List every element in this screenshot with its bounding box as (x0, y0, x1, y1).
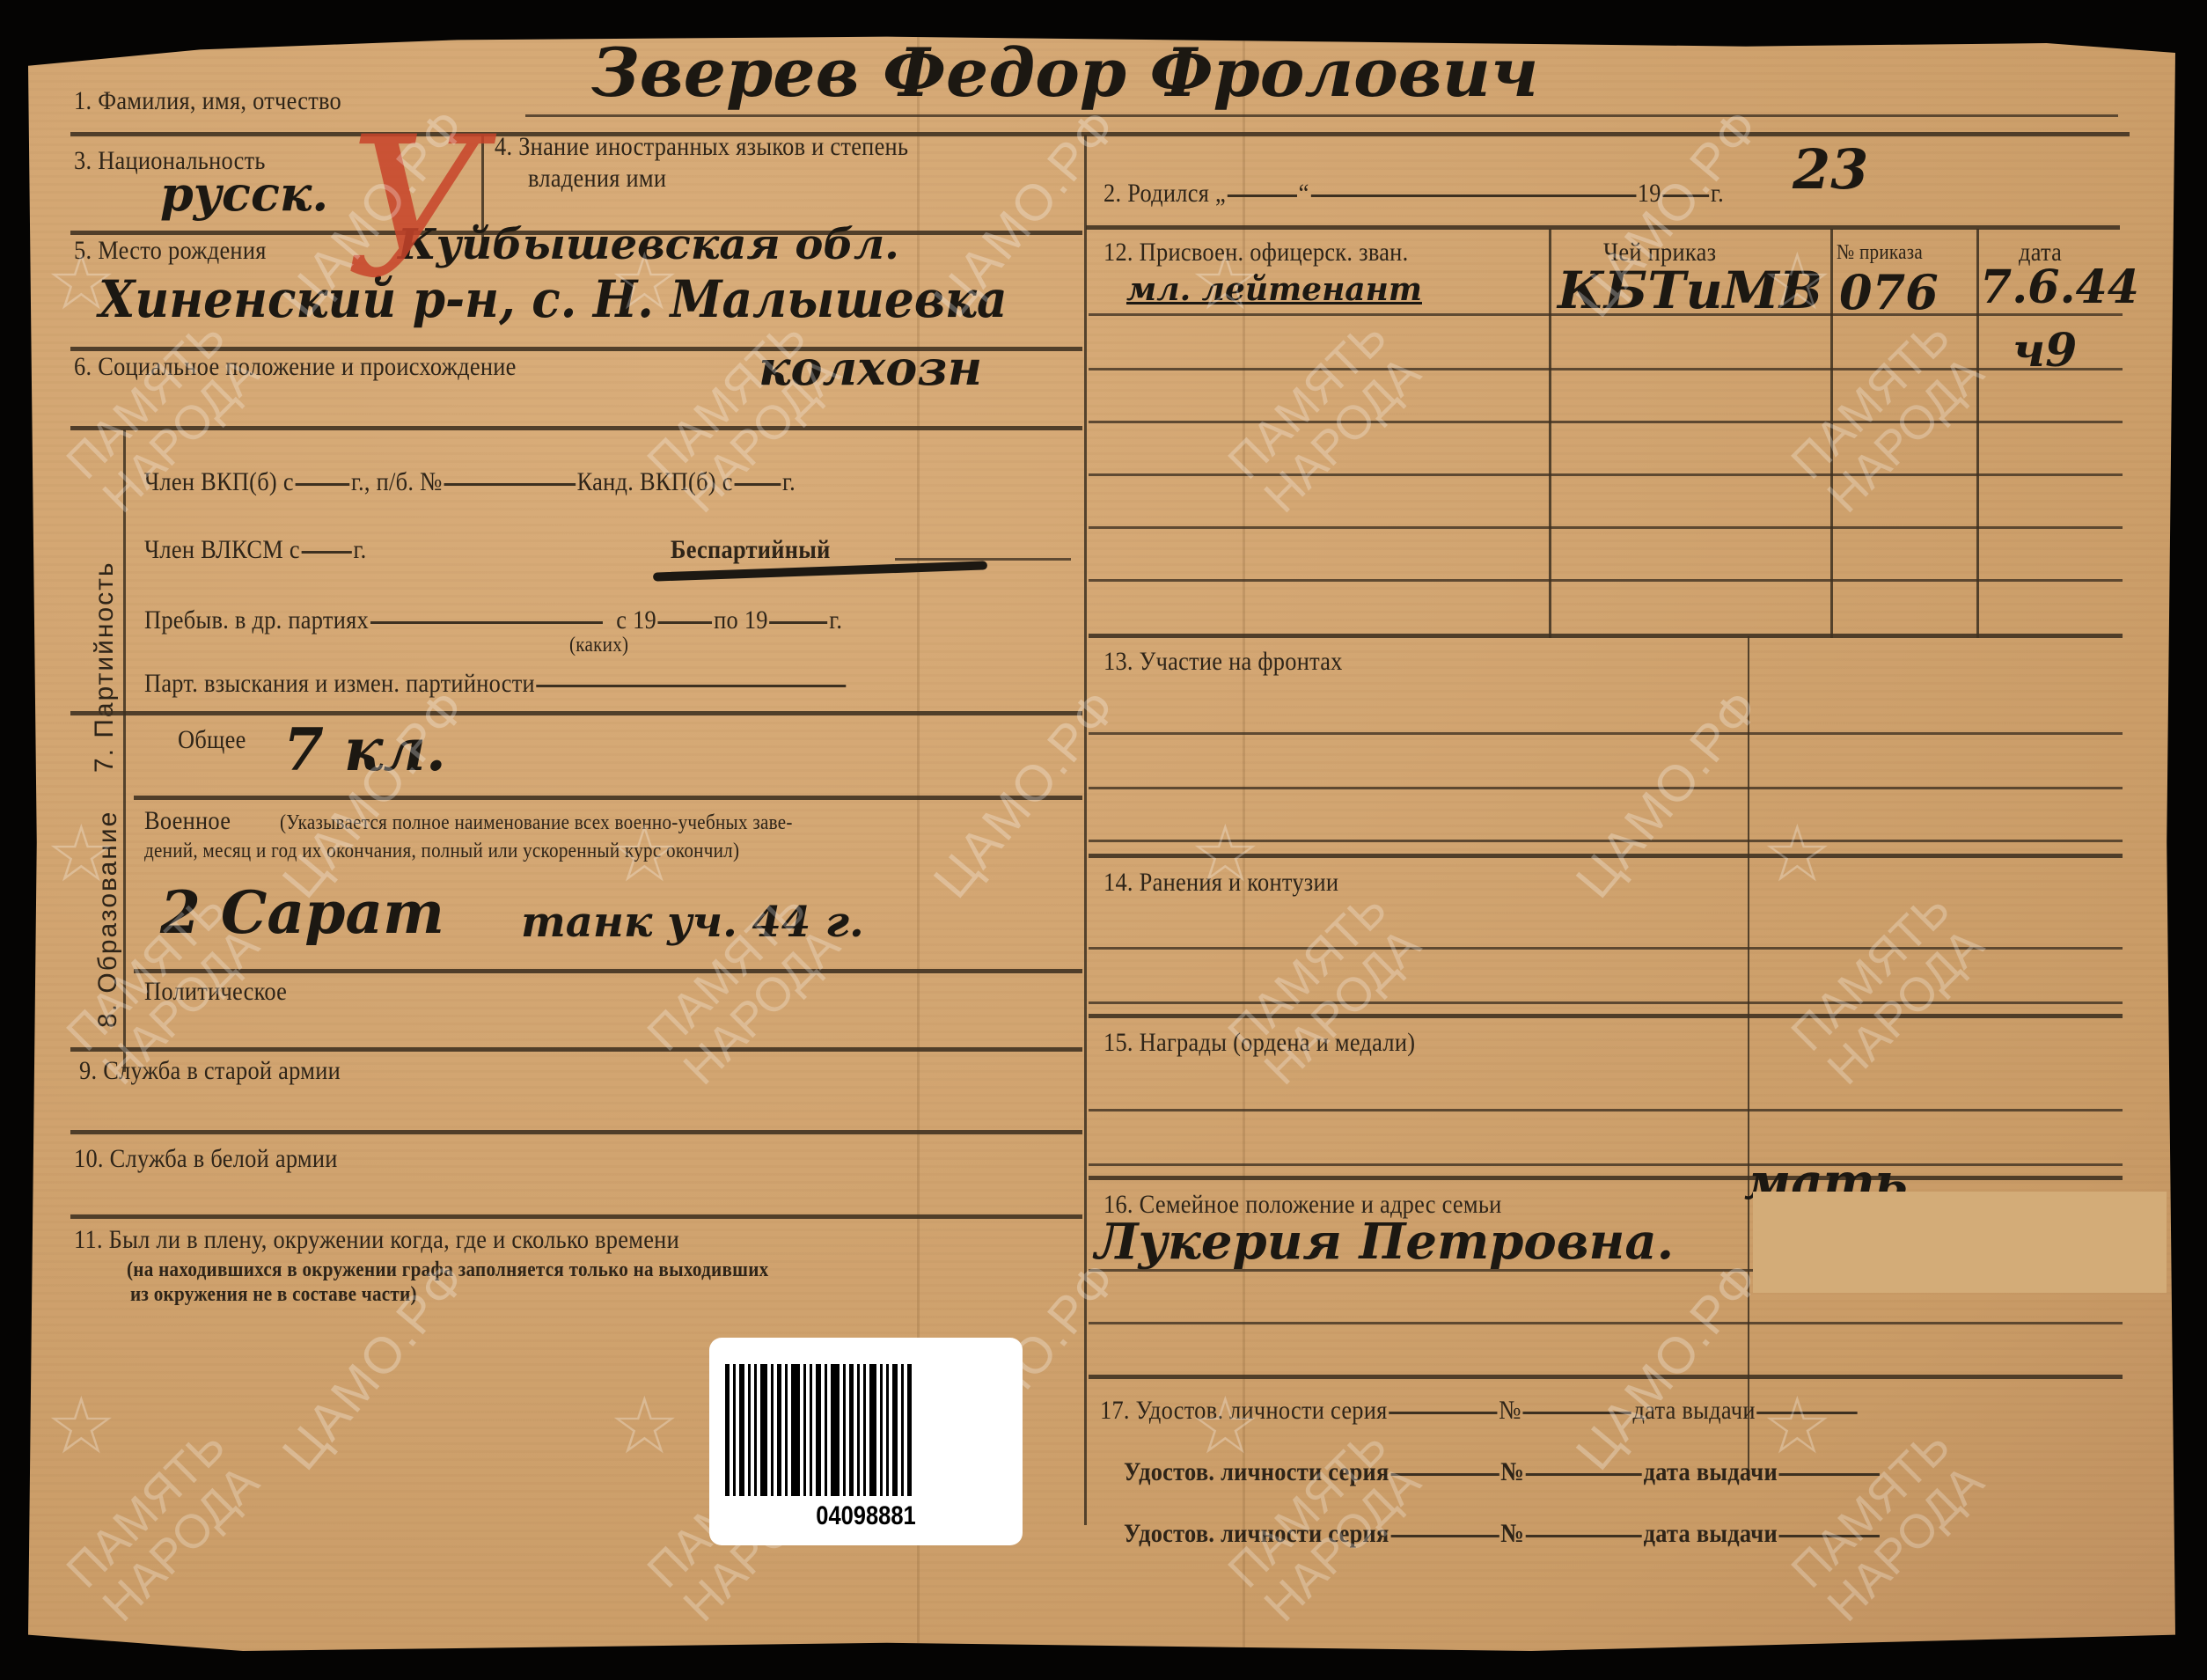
star-watermark-icon: ☆ (609, 1380, 680, 1472)
field-8-general-value: 7 кл. (283, 715, 446, 784)
field-7-row3: Пребыв. в др. партиях с 19по 19г. (144, 605, 842, 635)
barcode-sticker: 04098881 (709, 1338, 1023, 1545)
rule (134, 796, 1082, 800)
field-2-label: 2. Родился „“19г. (1103, 179, 1724, 209)
field-15-label: 15. Награды (ордена и медали) (1103, 1028, 1415, 1058)
rule (70, 1214, 1082, 1219)
field-1-label: 1. Фамилия, имя, отчество (74, 86, 341, 116)
field-11-note-line1: (на находившихся в окружении графа запол… (127, 1258, 768, 1282)
field-2-year-value: 23 (1793, 137, 1868, 202)
field-12-date-value: 7.6.44 (1980, 260, 2139, 314)
watermark-project: ПАМЯТЬНАРОДА (1783, 884, 1994, 1095)
field-7-row3-sub: (каких) (569, 634, 628, 657)
field-5-value-line2: Хиненский р-н, с. Н. Малышевка (99, 269, 1008, 329)
field-12-header-rank: 12. Присвоен. офицерск. зван. (1103, 238, 1408, 268)
field-1-value: Зверев Федор Фролович (591, 33, 1538, 112)
rule (1089, 1176, 2123, 1180)
field-8-military-note-line1: (Указывается полное наименование всех во… (280, 811, 793, 835)
field-7-non-party-label: Беспартийный (671, 535, 831, 565)
field-3-value: русск. (160, 165, 328, 222)
rule (1089, 840, 2123, 842)
rule (134, 969, 1082, 973)
field-16-value-line2: Лукерия Петровна. (1095, 1213, 1674, 1271)
table-divider (1976, 229, 1979, 638)
redacted-address (1753, 1192, 2167, 1293)
field-13-label: 13. Участие на фронтах (1103, 647, 1343, 677)
field-11-note-line2: из окружения не в составе части) (130, 1283, 417, 1307)
field-8-political-label: Политическое (144, 977, 287, 1007)
rule (1089, 787, 2123, 789)
watermark-archive: ЦАМО.РФ (1565, 1250, 1772, 1481)
field-6-label: 6. Социальное положение и происхождение (74, 352, 517, 382)
field-12-order-no-value: 076 (1839, 264, 1939, 320)
field-4-label-line2: владения ими (528, 164, 666, 194)
watermark-project: ПАМЯТЬНАРОДА (58, 1420, 269, 1632)
field-17-row3: Удостов. личности серия№дата выдачи (1124, 1519, 1881, 1549)
table-divider (1830, 229, 1833, 638)
field-4-label-line1: 4. Знание иностранных языков и степень (495, 132, 908, 162)
barcode-icon (725, 1364, 1005, 1496)
field-10-label: 10. Служба в белой армии (74, 1144, 338, 1174)
rule (70, 1047, 1082, 1052)
rule (1089, 634, 2123, 638)
rule (1089, 1001, 2123, 1004)
field-8-military-note-line2: дений, месяц и год их окончания, полный … (144, 840, 739, 863)
field-11-label: 11. Был ли в плену, окружении когда, где… (74, 1225, 679, 1255)
rule (1089, 368, 2123, 370)
field-9-label: 9. Служба в старой армии (79, 1056, 341, 1086)
rule (70, 1130, 1082, 1134)
rule (1086, 225, 2120, 230)
field-8-military-label: Военное (144, 806, 231, 836)
field-6-value: колхозн (759, 340, 982, 396)
rule (70, 711, 1082, 715)
field-12-rank-value: мл. лейтенант (1126, 271, 1422, 308)
rule (1089, 947, 2123, 950)
watermark-archive: ЦАМО.РФ (1565, 678, 1772, 909)
rule (1089, 854, 2123, 858)
barcode-number: 04098881 (733, 1501, 1000, 1531)
margin-column-divider (1748, 636, 1749, 1481)
field-12-order-by-value: КБТиМВ (1558, 260, 1822, 320)
watermark-project: ПАМЯТЬНАРОДА (1220, 312, 1431, 523)
rule (1089, 1375, 2123, 1379)
rule (1089, 1163, 2123, 1166)
rule (1089, 579, 2123, 582)
rule (895, 558, 1071, 561)
rule (1089, 732, 2123, 735)
rule (1089, 1014, 2123, 1018)
rule (1089, 526, 2123, 529)
field-17-row1: 17. Удостов. личности серия№дата выдачи (1100, 1396, 1859, 1426)
rule (1089, 421, 2123, 423)
rule (1089, 473, 2123, 476)
rule (1089, 1269, 1793, 1272)
field-8-military-value-b: танк уч. 44 г. (521, 898, 864, 947)
field-12-header-order-no: № приказа (1837, 241, 1923, 265)
table-divider (1549, 229, 1551, 638)
rule (1089, 1322, 2123, 1324)
red-pencil-mark: У (345, 95, 485, 320)
column-divider (1084, 135, 1087, 1525)
rule (525, 114, 2118, 117)
rule (1089, 1109, 2123, 1111)
field-7-row4: Парт. взыскания и измен. партийности (144, 669, 847, 699)
watermark-project: ПАМЯТЬНАРОДА (1783, 312, 1994, 523)
field-8-general-label: Общее (178, 725, 246, 755)
star-watermark-icon: ☆ (46, 1380, 117, 1472)
field-8-section-label: 8. Образование (93, 811, 123, 1028)
field-5-label: 5. Место рождения (74, 236, 267, 266)
field-8-military-value-a: 2 Сарат (160, 878, 444, 947)
document-card: 1. Фамилия, имя, отчество Зверев Федор Ф… (28, 33, 2175, 1651)
field-7-row1: Член ВКП(б) сг., п/б. №Канд. ВКП(б) сг. (144, 467, 796, 497)
rule (1089, 313, 2123, 316)
rule (70, 426, 1082, 430)
field-7-row2: Член ВЛКСМ сг. (144, 535, 367, 565)
watermark-project: ПАМЯТЬНАРОДА (1220, 884, 1431, 1095)
field-14-label: 14. Ранения и контузии (1103, 868, 1338, 898)
field-7-section-label: 7. Партийность (90, 561, 120, 773)
section-divider (123, 429, 126, 1072)
field-17-row2: Удостов. личности серия№дата выдачи (1124, 1457, 1881, 1487)
